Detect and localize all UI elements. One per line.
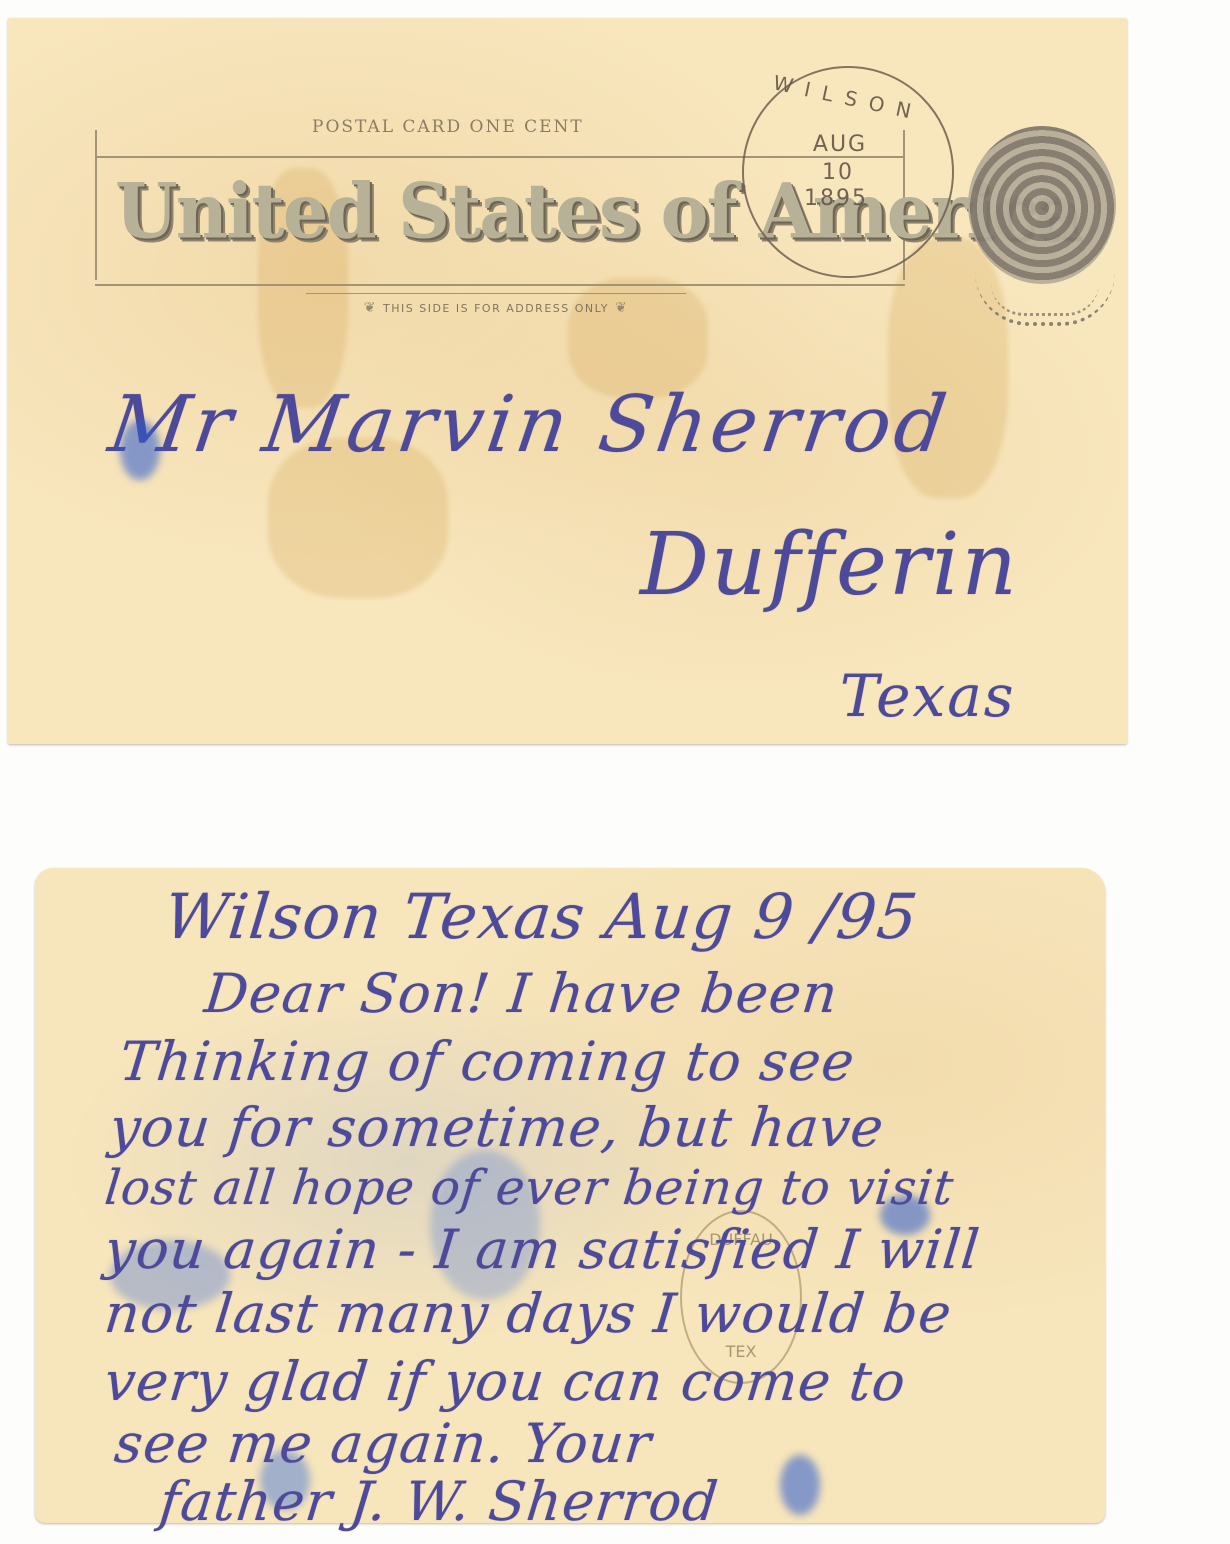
address-only-text: This side is for address only <box>383 302 609 315</box>
letter-line-8: very glad if you can come to <box>102 1350 909 1413</box>
recipient-state: Texas <box>840 662 1016 730</box>
letter-line-3: Thinking of coming to see <box>117 1030 858 1093</box>
recipient-city: Dufferin <box>640 515 1019 615</box>
letter-line-4: you for sometime, but have <box>107 1096 888 1159</box>
letter-line-9: see me again. Your <box>112 1412 655 1475</box>
stamp-icon <box>968 126 1116 284</box>
ink-blot <box>780 1455 820 1515</box>
postal-card-header: Postal Card One Cent <box>312 117 584 137</box>
postmark-year: 1895 <box>732 186 940 211</box>
postmark: WILSON AUG 10 1895 <box>742 66 954 278</box>
postmark-day: 10 <box>734 160 942 185</box>
ornament-icon: ❦ <box>364 294 377 322</box>
letter-line-5: lost all hope of ever being to visit <box>102 1160 957 1216</box>
postmark-month: AUG <box>736 132 944 157</box>
letter-line-1: Wilson Texas Aug 9 /95 <box>161 880 921 953</box>
address-only-notice: ❦This side is for address only❦ <box>306 293 686 322</box>
ink-blot <box>120 420 160 480</box>
letter-line-6: you again - I am satisfied I will <box>102 1218 983 1281</box>
letter-line-7: not last many days I would be <box>102 1282 955 1345</box>
recipient-name: Mr Marvin Sherrod <box>104 380 956 470</box>
letter-line-2: Dear Son! I have been <box>202 962 842 1025</box>
ornament-icon: ❦ <box>615 294 628 322</box>
letter-line-10: father J. W. Sherrod <box>157 1470 722 1533</box>
